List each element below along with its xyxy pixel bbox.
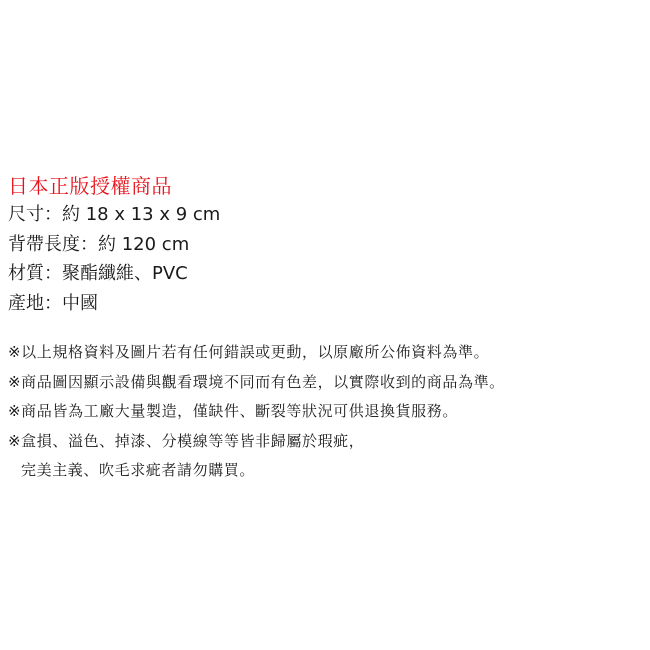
spec-material: 材質：聚酯纖維、PVC [8,259,220,289]
note-return-policy: ※商品皆為工廠大量製造，僅缺件、斷裂等狀況可供退換貨服務。 [8,397,505,427]
spec-size: 尺寸：約 18 x 13 x 9 cm [8,200,220,230]
note-color-difference: ※商品圖因顯示設備與觀看環境不同而有色差，以實際收到的商品為準。 [8,368,505,398]
spec-origin: 產地：中國 [8,289,220,319]
disclaimer-notes: ※以上規格資料及圖片若有任何錯誤或更動，以原廠所公佈資料為準。 ※商品圖因顯示設… [8,338,505,486]
product-license-heading: 日本正版授權商品 [8,172,172,200]
product-specs: 尺寸：約 18 x 13 x 9 cm 背帶長度：約 120 cm 材質：聚酯纖… [8,200,220,318]
note-perfectionist-warning: 完美主義、吹毛求疵者請勿購買。 [8,456,505,486]
note-spec-changes: ※以上規格資料及圖片若有任何錯誤或更動，以原廠所公佈資料為準。 [8,338,505,368]
note-defects-definition: ※盒損、溢色、掉漆、分模線等等皆非歸屬於瑕疵， [8,427,505,457]
spec-strap-length: 背帶長度：約 120 cm [8,230,220,260]
